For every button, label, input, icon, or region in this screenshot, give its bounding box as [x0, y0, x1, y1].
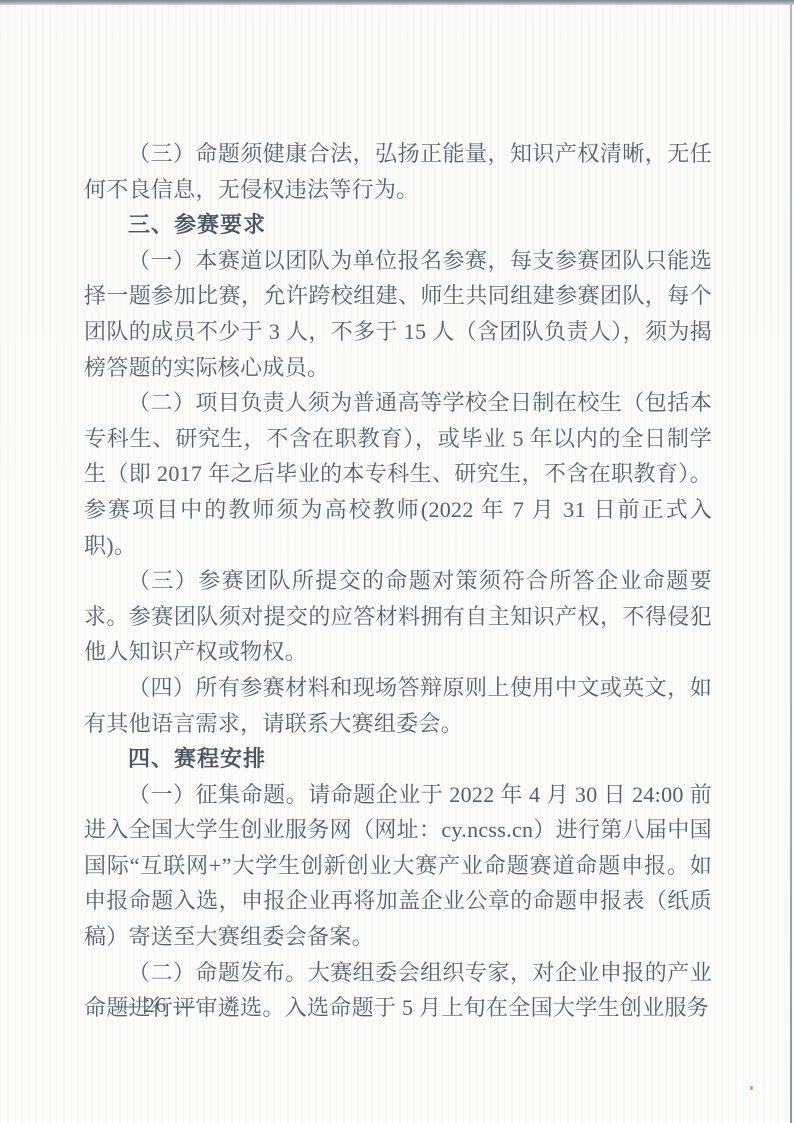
scan-speck — [750, 1086, 753, 1090]
paragraph-requirement-3: （三）参赛团队所提交的命题对策须符合所答企业命题要求。参赛团队须对提交的应答材料… — [84, 563, 712, 670]
heading-schedule: 四、赛程安排 — [84, 741, 712, 777]
page-number: — 26 — — [116, 993, 196, 1018]
document-page: （三）命题须健康合法，弘扬正能量，知识产权清晰，无任何不良信息，无侵权违法等行为… — [0, 0, 794, 1123]
scan-edge-top — [0, 0, 794, 5]
scan-edge-right — [790, 3, 792, 1123]
document-body: （三）命题须健康合法，弘扬正能量，知识产权清晰，无任何不良信息，无侵权违法等行为… — [84, 136, 712, 1026]
paragraph-schedule-1: （一）征集命题。请命题企业于 2022 年 4 月 30 日 24:00 前进入… — [84, 777, 712, 955]
paragraph-requirement-4: （四）所有参赛材料和现场答辩原则上使用中文或英文，如有其他语言需求，请联系大赛组… — [84, 670, 712, 741]
heading-participation-requirements: 三、参赛要求 — [84, 207, 712, 243]
paragraph-requirement-1: （一）本赛道以团队为单位报名参赛，每支参赛团队只能选择一题参加比赛，允许跨校组建… — [84, 243, 712, 385]
paragraph-requirement-2: （二）项目负责人须为普通高等学校全日制在校生（包括本专科生、研究生，不含在职教育… — [84, 385, 712, 563]
paragraph-rule-3: （三）命题须健康合法，弘扬正能量，知识产权清晰，无任何不良信息，无侵权违法等行为… — [84, 136, 712, 207]
